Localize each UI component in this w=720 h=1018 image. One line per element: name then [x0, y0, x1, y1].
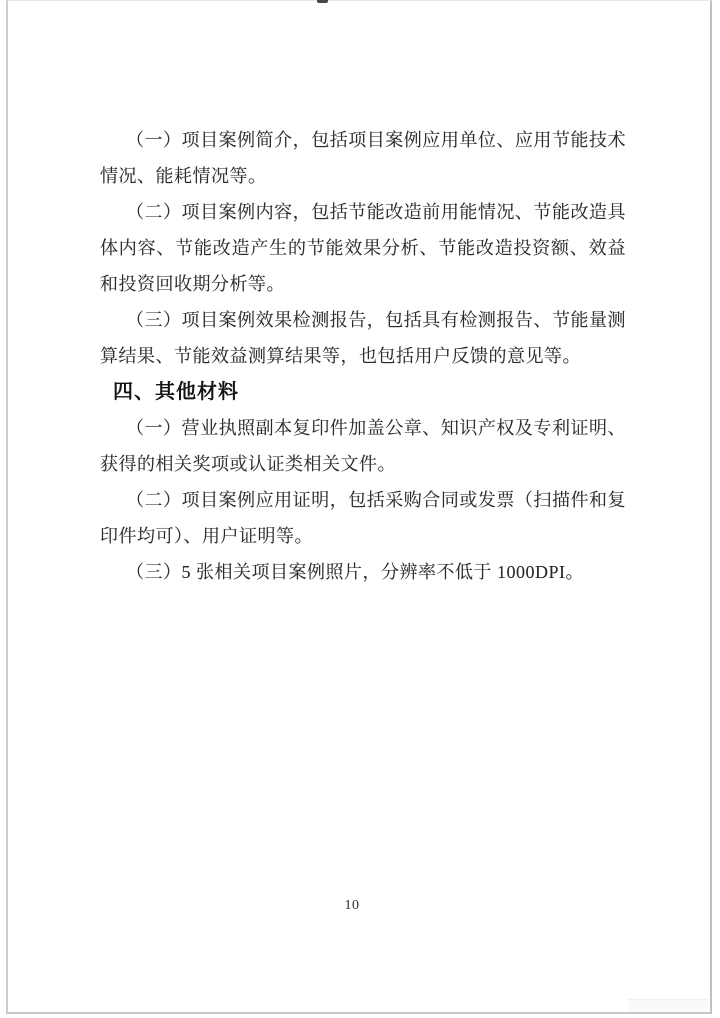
paragraph-line: （二）项目案例内容，包括节能改造前用能情况、节能改造具: [100, 194, 626, 230]
paragraph-line: 和投资回收期分析等。: [100, 266, 626, 302]
document-page: （一）项目案例简介，包括项目案例应用单位、应用节能技术 情况、能耗情况等。 （二…: [0, 0, 720, 1018]
paragraph-line: 印件均可）、用户证明等。: [100, 518, 626, 554]
paragraph-line: 获得的相关奖项或认证类相关文件。: [100, 446, 626, 482]
paragraph-line: （二）项目案例应用证明，包括采购合同或发票（扫描件和复: [100, 482, 626, 518]
section-heading: 四、其他材料: [100, 374, 626, 410]
paragraph-line: （三）项目案例效果检测报告，包括具有检测报告、节能量测: [100, 302, 626, 338]
paragraph-line: 算结果、节能效益测算结果等，也包括用户反馈的意见等。: [100, 338, 626, 374]
page-number: 10: [0, 898, 704, 914]
paragraph-line: （三）5 张相关项目案例照片，分辨率不低于 1000DPI。: [100, 554, 626, 590]
paragraph-line: 情况、能耗情况等。: [100, 158, 626, 194]
document-body: （一）项目案例简介，包括项目案例应用单位、应用节能技术 情况、能耗情况等。 （二…: [100, 122, 626, 590]
scan-artifact-mark: [317, 0, 328, 3]
paragraph-line: （一）项目案例简介，包括项目案例应用单位、应用节能技术: [100, 122, 626, 158]
scan-light-patch: [628, 999, 708, 1011]
paragraph-line: （一）营业执照副本复印件加盖公章、知识产权及专利证明、: [100, 410, 626, 446]
paragraph-line: 体内容、节能改造产生的节能效果分析、节能改造投资额、效益: [100, 230, 626, 266]
